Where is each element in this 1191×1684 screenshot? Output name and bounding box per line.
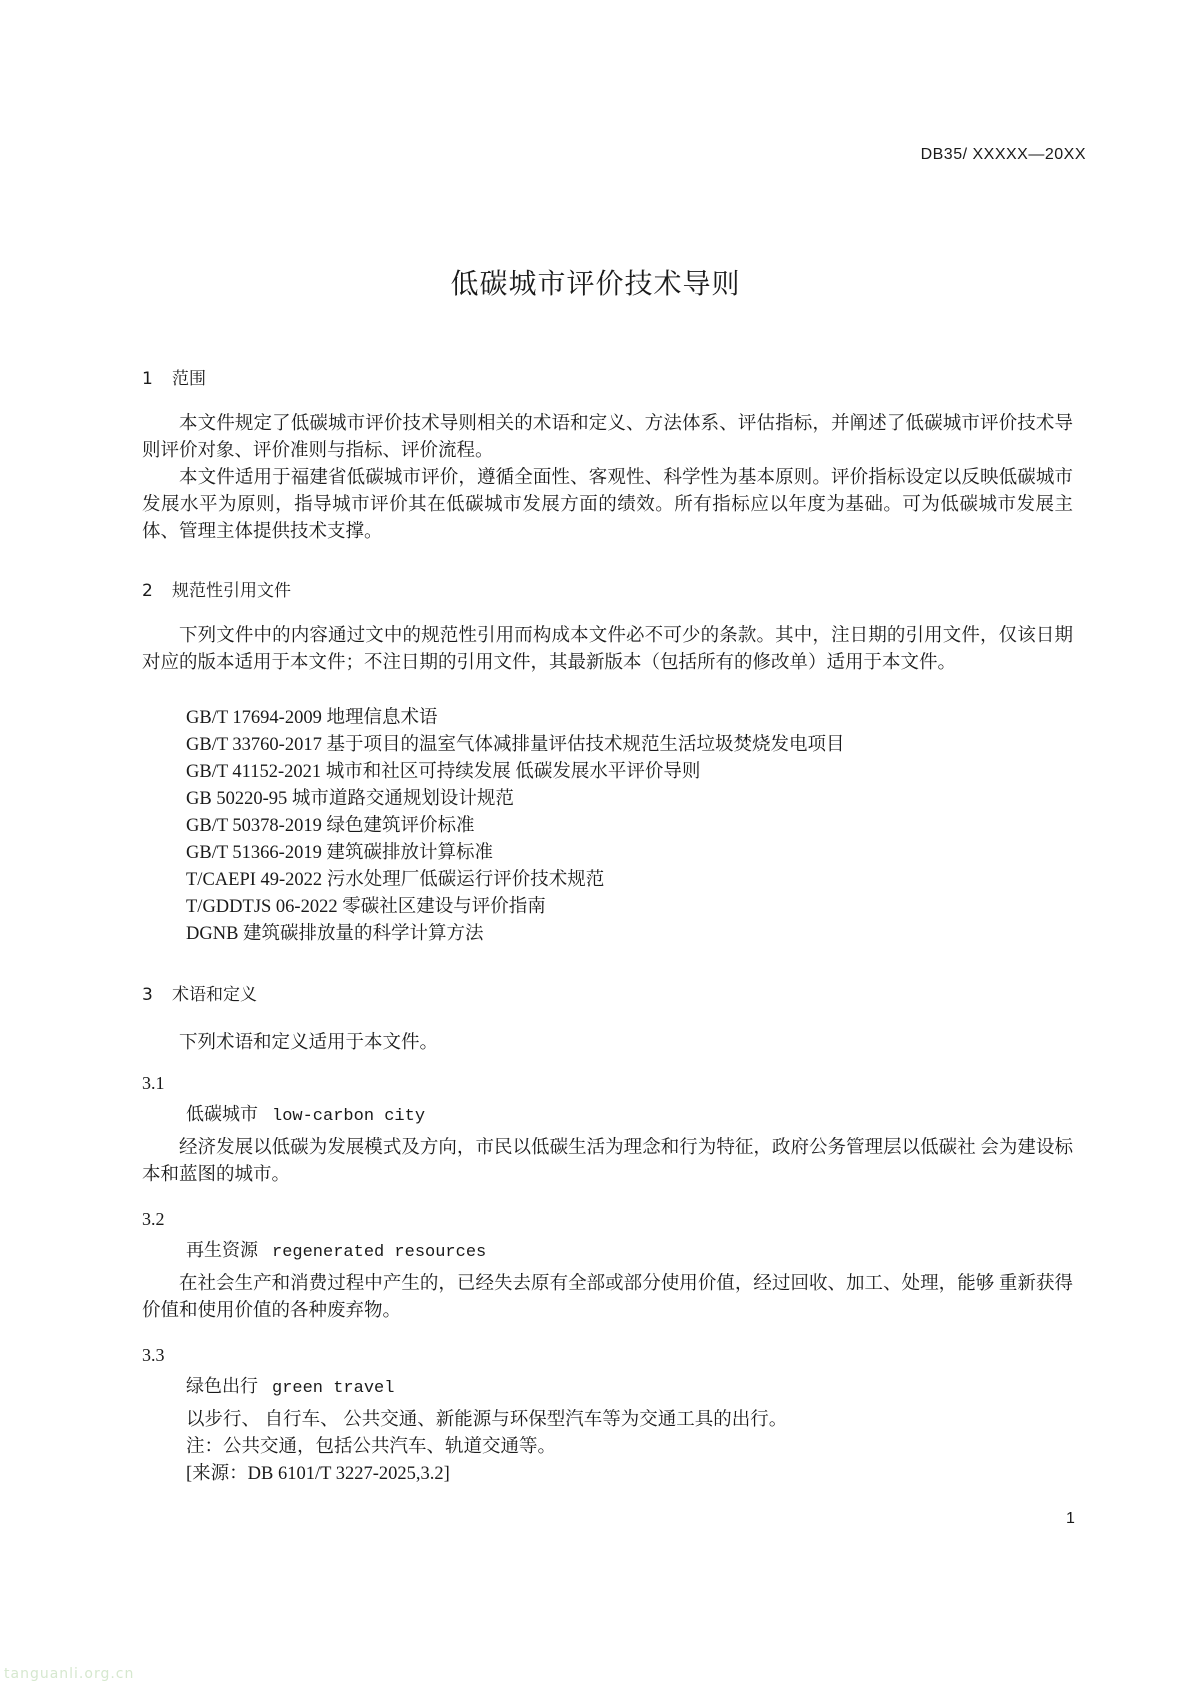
document-code: DB35/ XXXXX—20XX <box>921 146 1086 164</box>
clause-number: 3.1 <box>142 1073 165 1094</box>
watermark: tanguanli.org.cn <box>4 1666 134 1682</box>
page-number: 1 <box>1066 1510 1075 1528</box>
term-zh: 再生资源 <box>186 1240 258 1260</box>
term-definition: 以步行、 自行车、 公共交通、新能源与环保型汽车等为交通工具的出行。 <box>186 1407 787 1434</box>
paragraph: 本文件适用于福建省低碳城市评价，遵循全面性、客观性、科学性为基本原则。评价指标设… <box>142 465 1073 546</box>
document-title: 低碳城市评价技术导则 <box>0 262 1191 302</box>
reference-item: T/CAEPI 49-2022 污水处理厂低碳运行评价技术规范 <box>186 867 844 894</box>
section-title: 规范性引用文件 <box>172 581 291 601</box>
section-1-heading: 1范围 <box>142 364 206 389</box>
clause-number: 3.2 <box>142 1209 165 1230</box>
section-number: 1 <box>142 369 172 389</box>
term-en: low-carbon city <box>272 1107 425 1126</box>
reference-item: GB/T 50378-2019 绿色建筑评价标准 <box>186 813 844 840</box>
term-en: green travel <box>272 1379 394 1398</box>
reference-item: GB/T 33760-2017 基于项目的温室气体减排量评估技术规范生活垃圾焚烧… <box>186 732 844 759</box>
section-3-heading: 3术语和定义 <box>142 980 257 1005</box>
term-definition: 经济发展以低碳为发展模式及方向，市民以低碳生活为理念和行为特征，政府公务管理层以… <box>142 1135 1073 1189</box>
reference-item: GB/T 41152-2021 城市和社区可持续发展 低碳发展水平评价导则 <box>186 759 844 786</box>
paragraph: 经济发展以低碳为发展模式及方向，市民以低碳生活为理念和行为特征，政府公务管理层以… <box>142 1135 1073 1189</box>
term-source: [来源：DB 6101/T 3227-2025,3.2] <box>186 1461 787 1488</box>
paragraph: 下列文件中的内容通过文中的规范性引用而构成本文件必不可少的条款。其中，注日期的引… <box>142 623 1073 677</box>
term-note: 注：公共交通，包括公共汽车、轨道交通等。 <box>186 1434 787 1461</box>
term-en: regenerated resources <box>272 1243 486 1262</box>
reference-item: T/GDDTJS 06-2022 零碳社区建设与评价指南 <box>186 894 844 921</box>
section-title: 范围 <box>172 369 206 389</box>
paragraph: 在社会生产和消费过程中产生的，已经失去原有全部或部分使用价值，经过回收、加工、处… <box>142 1271 1073 1325</box>
term-definition: 在社会生产和消费过程中产生的，已经失去原有全部或部分使用价值，经过回收、加工、处… <box>142 1271 1073 1325</box>
reference-item: DGNB 建筑碳排放量的科学计算方法 <box>186 921 844 948</box>
term-definition-block: 以步行、 自行车、 公共交通、新能源与环保型汽车等为交通工具的出行。 注：公共交… <box>186 1407 787 1488</box>
paragraph: 本文件规定了低碳城市评价技术导则相关的术语和定义、方法体系、评估指标，并阐述了低… <box>142 411 1073 465</box>
section-1-body: 本文件规定了低碳城市评价技术导则相关的术语和定义、方法体系、评估指标，并阐述了低… <box>142 411 1073 546</box>
term-entry: 绿色出行green travel <box>186 1372 394 1398</box>
reference-item: GB/T 17694-2009 地理信息术语 <box>186 705 844 732</box>
paragraph: 下列术语和定义适用于本文件。 <box>142 1030 1073 1057</box>
reference-list: GB/T 17694-2009 地理信息术语 GB/T 33760-2017 基… <box>186 705 844 948</box>
term-entry: 低碳城市low-carbon city <box>186 1100 425 1126</box>
term-entry: 再生资源regenerated resources <box>186 1236 486 1262</box>
section-number: 2 <box>142 581 172 601</box>
clause-number: 3.3 <box>142 1345 165 1366</box>
section-2-intro: 下列文件中的内容通过文中的规范性引用而构成本文件必不可少的条款。其中，注日期的引… <box>142 623 1073 677</box>
section-3-intro: 下列术语和定义适用于本文件。 <box>142 1030 1073 1057</box>
term-zh: 绿色出行 <box>186 1376 258 1396</box>
reference-item: GB 50220-95 城市道路交通规划设计规范 <box>186 786 844 813</box>
section-2-heading: 2规范性引用文件 <box>142 576 291 601</box>
term-zh: 低碳城市 <box>186 1104 258 1124</box>
section-title: 术语和定义 <box>172 985 257 1005</box>
reference-item: GB/T 51366-2019 建筑碳排放计算标准 <box>186 840 844 867</box>
section-number: 3 <box>142 985 172 1005</box>
